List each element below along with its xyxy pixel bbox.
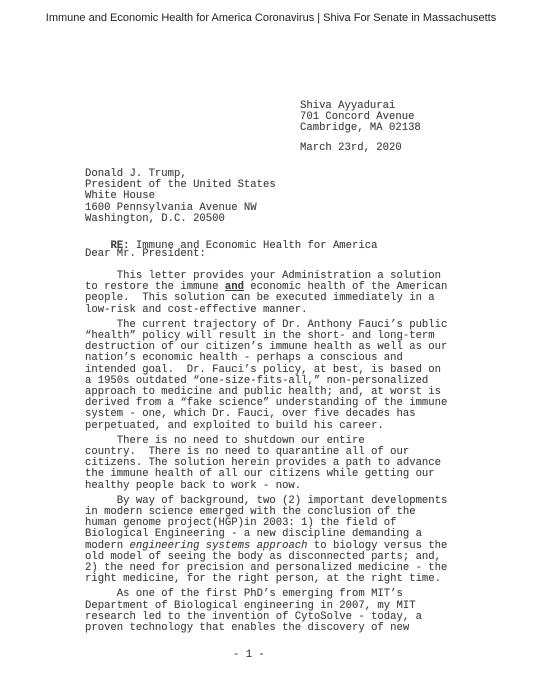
body-text: intended goal. Dr. Fauci’s policy, at be… — [85, 364, 441, 376]
body-text: healthy people back to work - now. — [85, 480, 301, 492]
body-text: right medicine, for the right person, at… — [85, 573, 441, 585]
address-line: Washington, D.C. 20500 — [85, 214, 276, 225]
emphasized-text: engineering systems approach — [130, 540, 308, 552]
paragraph-line: healthy people back to work - now. — [85, 481, 475, 492]
date-line: March 23rd, 2020 — [300, 143, 421, 154]
body-text: nation’s economic health - perhaps a con… — [85, 352, 403, 364]
letter-paragraphs: This letter provides your Administration… — [85, 271, 475, 634]
body-text: system - one, which Dr. Fauci, over five… — [85, 408, 416, 420]
paragraph-line: right medicine, for the right person, at… — [85, 574, 475, 585]
paragraph-line: perpetuated, and exploited to build his … — [85, 421, 475, 432]
sender-block: Shiva Ayyadurai701 Concord AvenueCambrid… — [300, 101, 421, 154]
body-text: The current trajectory of Dr. Anthony Fa… — [85, 319, 447, 331]
body-text: Biological Engineering - a new disciplin… — [85, 528, 422, 540]
body-text: modern — [85, 540, 130, 552]
body-text: low-risk and cost-effective manner. — [85, 304, 308, 316]
letter-page: Immune and Economic Health for America C… — [0, 0, 542, 699]
body-text: Department of Biological engineering in … — [85, 600, 416, 612]
sender-lines: Shiva Ayyadurai701 Concord AvenueCambrid… — [300, 101, 421, 135]
letter-paragraph: The current trajectory of Dr. Anthony Fa… — [85, 320, 475, 432]
paragraph-line: proven technology that enables the disco… — [85, 623, 475, 634]
salutation: Dear Mr. President: — [85, 249, 206, 260]
letter-paragraph: As one of the first PhD’s emerging from … — [85, 589, 475, 634]
page-number: - 1 - — [233, 650, 265, 661]
recipient-block: Donald J. Trump,President of the United … — [85, 169, 276, 225]
paragraph-line: low-risk and cost-effective manner. — [85, 305, 475, 316]
body-text: to biology versus the — [308, 540, 448, 552]
body-text: the immune health of all our citizens wh… — [85, 468, 435, 480]
recipient-lines: Donald J. Trump,President of the United … — [85, 169, 276, 225]
letter-body: This letter provides your Administration… — [85, 271, 475, 638]
body-text: perpetuated, and exploited to build his … — [85, 420, 384, 432]
page-title: Immune and Economic Health for America C… — [0, 12, 542, 24]
address-line: White House — [85, 191, 276, 202]
letter-paragraph: This letter provides your Administration… — [85, 271, 475, 316]
body-text: people. This solution can be executed im… — [85, 292, 435, 304]
body-text: As one of the first PhD’s emerging from … — [85, 588, 403, 600]
address-line: Cambridge, MA 02138 — [300, 123, 421, 134]
body-text: proven technology that enables the disco… — [85, 622, 409, 634]
letter-paragraph: By way of background, two (2) important … — [85, 496, 475, 586]
letter-paragraph: There is no need to shutdown our entirec… — [85, 436, 475, 492]
